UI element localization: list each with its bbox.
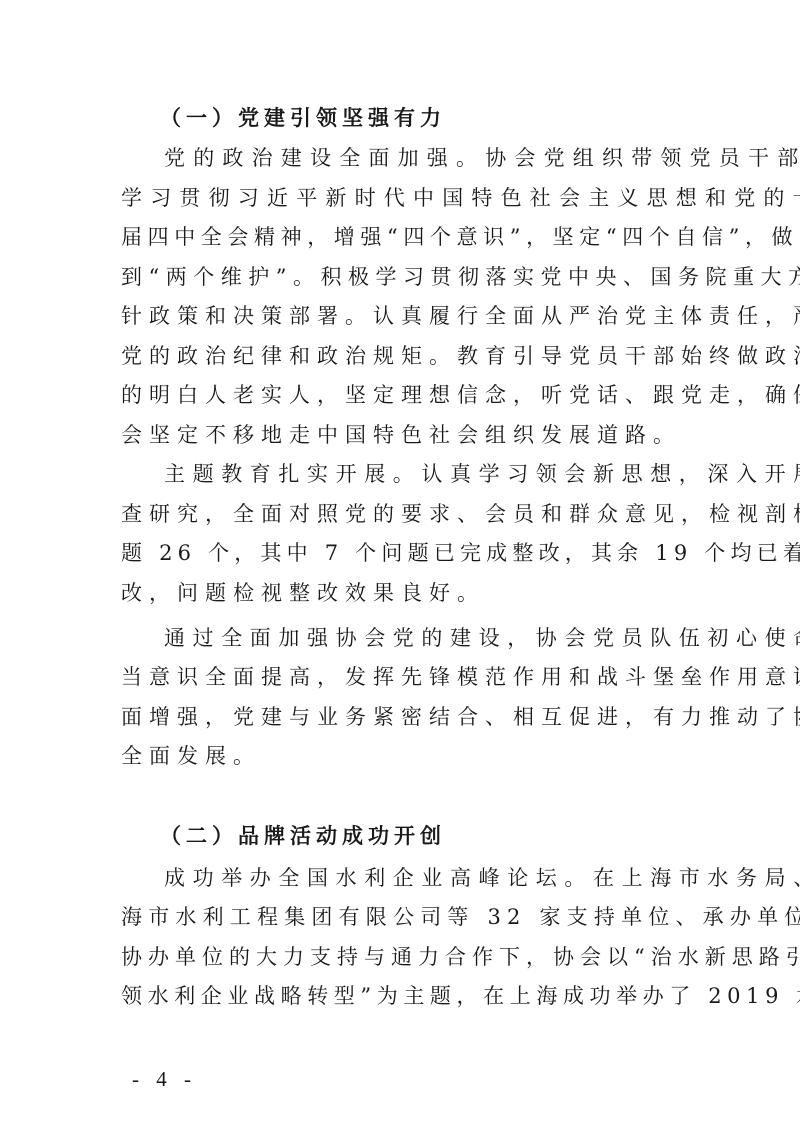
- paragraph-line: 成功举办全国水利企业高峰论坛。在上海市水务局、上: [164, 864, 724, 892]
- page-number: - 4 -: [132, 1067, 197, 1092]
- paragraph-line: 党的政治纪律和政治规矩。教育引导党员干部始终做政治上: [121, 342, 681, 370]
- paragraph-line: 届四中全会精神，增强“四个意识”，坚定“四个自信”，做: [121, 223, 681, 251]
- paragraph-line: 查研究，全面对照党的要求、会员和群众意见，检视剖析问: [121, 500, 681, 528]
- paragraph-line: 的明白人老实人，坚定理想信念，听党话、跟党走，确保协: [121, 381, 681, 409]
- section-heading-1: （一）党建引领坚强有力: [160, 104, 720, 132]
- paragraph-line: 到“两个维护”。积极学习贯彻落实党中央、国务院重大方: [121, 263, 681, 291]
- paragraph-line: 海市水利工程集团有限公司等 32 家支持单位、承办单位和: [121, 903, 681, 931]
- paragraph-line: 当意识全面提高，发挥先锋模范作用和战斗堡垒作用意识全: [121, 663, 681, 691]
- paragraph-line: 通过全面加强协会党的建设，协会党员队伍初心使命担: [164, 624, 724, 652]
- paragraph-line: 主题教育扎实开展。认真学习领会新思想，深入开展调: [164, 460, 724, 488]
- paragraph-line: 协办单位的大力支持与通力合作下，协会以“治水新思路引: [121, 943, 681, 971]
- paragraph-line: 面增强，党建与业务紧密结合、相互促进，有力推动了协会: [121, 703, 681, 731]
- paragraph-line: 会坚定不移地走中国特色社会组织发展道路。: [121, 421, 681, 449]
- section-heading-2: （二）品牌活动成功开创: [160, 822, 720, 850]
- paragraph-line: 针政策和决策部署。认真履行全面从严治党主体责任，严明: [121, 302, 681, 330]
- paragraph-line: 领水利企业战略转型”为主题，在上海成功举办了 2019 水: [121, 982, 681, 1010]
- paragraph-line: 改，问题检视整改效果良好。: [121, 579, 681, 607]
- paragraph-line: 党的政治建设全面加强。协会党组织带领党员干部深入: [164, 144, 724, 172]
- document-page: （一）党建引领坚强有力 党的政治建设全面加强。协会党组织带领党员干部深入 学习贯…: [0, 0, 800, 1131]
- paragraph-line: 学习贯彻习近平新时代中国特色社会主义思想和党的十九: [121, 184, 681, 212]
- paragraph-line: 题 26 个，其中 7 个问题已完成整改，其余 19 个均已着手整: [121, 539, 681, 567]
- paragraph-line: 全面发展。: [121, 742, 681, 770]
